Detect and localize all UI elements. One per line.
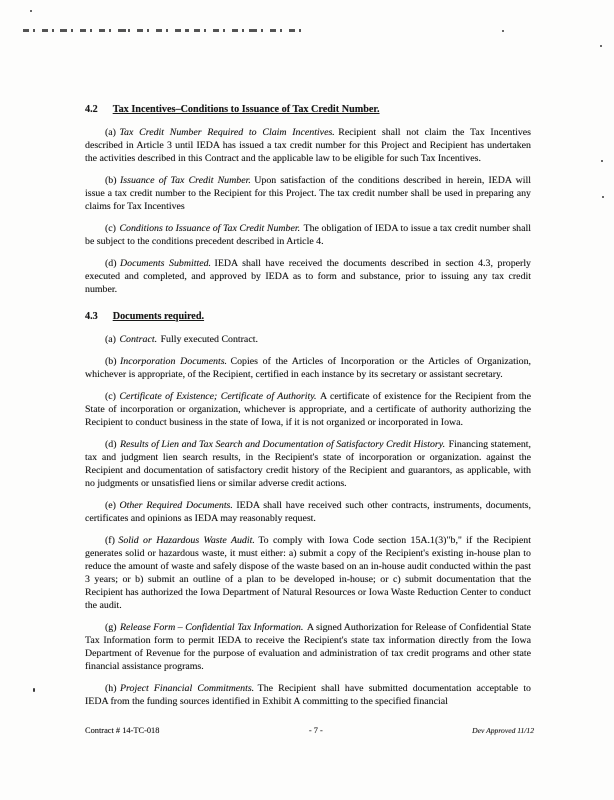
paragraph-title: Project Financial Commitments.: [120, 683, 254, 694]
paragraph-label: (f): [105, 535, 115, 546]
scan-dot: [502, 30, 504, 32]
paragraph-label: (h): [105, 683, 117, 694]
paragraph-label: (d): [105, 258, 117, 269]
paragraph-4-3-h: (h)Project Financial Commitments.The Rec…: [85, 682, 531, 708]
paragraph-4-3-g: (g)Release Form – Confidential Tax Infor…: [85, 621, 531, 673]
scan-dot: [600, 45, 602, 47]
section-number: 4.3: [85, 310, 98, 323]
paragraph-title: Other Required Documents.: [119, 500, 232, 511]
paragraph-label: (a): [105, 127, 116, 138]
scan-dot: [30, 10, 32, 12]
paragraph-title: Solid or Hazardous Waste Audit.: [118, 535, 254, 546]
paragraph-label: (c): [105, 391, 116, 402]
paragraph-label: (c): [105, 223, 116, 234]
paragraph-label: (b): [105, 356, 117, 367]
paragraph-body: Fully executed Contract.: [161, 334, 258, 345]
section-title: Documents required.: [113, 310, 204, 323]
scan-dot: [33, 688, 35, 692]
paragraph-4-2-a: (a)Tax Credit Number Required to Claim I…: [85, 126, 531, 165]
paragraph-title: Issuance of Tax Credit Number.: [120, 175, 251, 186]
paragraph-4-3-c: (c)Certificate of Existence; Certificate…: [85, 390, 531, 429]
paragraph-4-3-b: (b)Incorporation Documents.Copies of the…: [85, 355, 531, 381]
paragraph-body: To comply with Iowa Code section 15A.1(3…: [85, 535, 531, 611]
paragraph-4-2-d: (d)Documents Submitted.IEDA shall have r…: [85, 257, 531, 296]
scan-dot: [602, 196, 604, 198]
paragraph-4-2-b: (b)Issuance of Tax Credit Number.Upon sa…: [85, 174, 531, 213]
scan-smudge-line: [23, 29, 303, 32]
section-heading-4-2: 4.2 Tax Incentives–Conditions to Issuanc…: [85, 103, 531, 116]
paragraph-title: Conditions to Issuance of Tax Credit Num…: [119, 223, 300, 234]
page-content: 4.2 Tax Incentives–Conditions to Issuanc…: [85, 103, 531, 717]
document-page: 4.2 Tax Incentives–Conditions to Issuanc…: [0, 0, 614, 800]
paragraph-title: Certificate of Existence; Certificate of…: [119, 391, 316, 402]
paragraph-4-3-d: (d)Results of Lien and Tax Search and Do…: [85, 438, 531, 490]
page-footer: Contract # 14-TC-018 - 7 - Dev Approved …: [85, 726, 534, 736]
section-number: 4.2: [85, 103, 98, 116]
footer-page-number: - 7 -: [309, 726, 323, 736]
footer-contract-number: Contract # 14-TC-018: [85, 726, 159, 736]
paragraph-label: (g): [105, 622, 117, 633]
paragraph-4-3-a: (a)Contract.Fully executed Contract.: [85, 333, 531, 346]
paragraph-label: (a): [105, 334, 116, 345]
paragraph-title: Release Form – Confidential Tax Informat…: [120, 622, 303, 633]
paragraph-4-2-c: (c)Conditions to Issuance of Tax Credit …: [85, 222, 531, 248]
paragraph-label: (d): [105, 439, 117, 450]
paragraph-label: (b): [105, 175, 117, 186]
paragraph-title: Tax Credit Number Required to Claim Ince…: [119, 127, 334, 138]
paragraph-4-3-e: (e)Other Required Documents.IEDA shall h…: [85, 499, 531, 525]
paragraph-label: (e): [105, 500, 116, 511]
paragraph-4-3-f: (f)Solid or Hazardous Waste Audit.To com…: [85, 534, 531, 612]
paragraph-title: Documents Submitted.: [120, 258, 211, 269]
paragraph-title: Results of Lien and Tax Search and Docum…: [120, 439, 445, 450]
paragraph-title: Incorporation Documents.: [120, 356, 227, 367]
footer-approval-note: Dev Approved 11/12: [472, 726, 534, 736]
section-heading-4-3: 4.3 Documents required.: [85, 310, 531, 323]
scan-dot: [601, 160, 603, 162]
section-title: Tax Incentives–Conditions to Issuance of…: [113, 103, 380, 116]
paragraph-title: Contract.: [119, 334, 157, 345]
